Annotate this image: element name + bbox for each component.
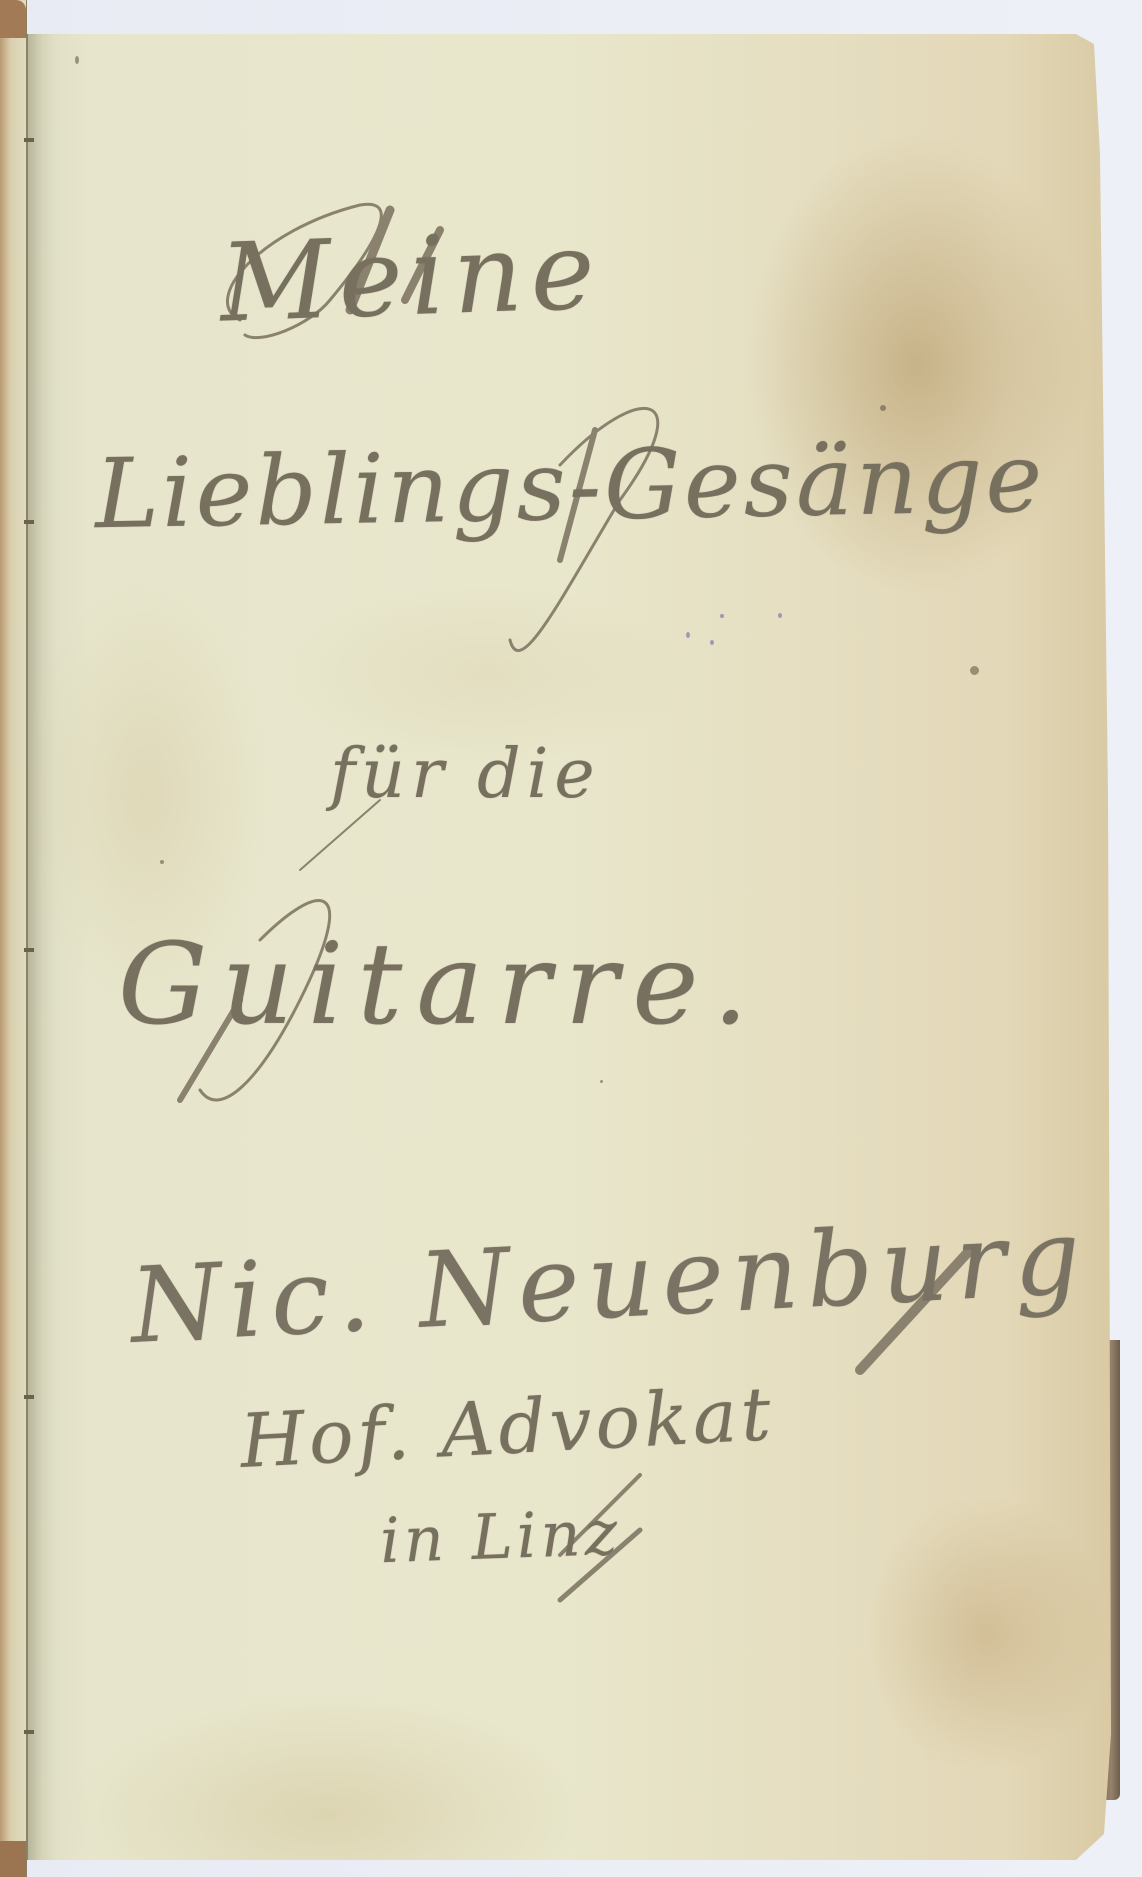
binding-stitch bbox=[24, 1395, 34, 1399]
cover-corner-bottom bbox=[0, 1841, 26, 1877]
inscription-line-guitarre: Guitarre. bbox=[118, 920, 762, 1050]
paper-speck bbox=[880, 405, 886, 411]
paper-speck bbox=[75, 56, 79, 64]
binding-stitch bbox=[24, 948, 34, 952]
binding-stitch bbox=[24, 138, 34, 142]
inscription-line-lieblings-gesaenge: Lieblings-Gesänge bbox=[94, 422, 1046, 551]
ink-speck bbox=[720, 614, 724, 618]
ink-speck bbox=[710, 640, 714, 645]
inscription-line-fuer-die: für die bbox=[330, 735, 601, 814]
owner-place: in Linz bbox=[379, 1496, 622, 1577]
ink-speck bbox=[778, 613, 782, 618]
cover-corner-top bbox=[0, 0, 26, 38]
paper-speck bbox=[160, 860, 164, 864]
inscription-line-meine: Meine bbox=[218, 208, 605, 346]
binding-stitch bbox=[24, 520, 34, 524]
spine-fold bbox=[26, 34, 56, 1860]
paper-speck bbox=[600, 1080, 603, 1083]
paper-speck bbox=[970, 666, 979, 675]
binding-stitch bbox=[24, 1730, 34, 1734]
book-cover-left-edge bbox=[0, 0, 27, 1877]
ink-speck bbox=[686, 632, 690, 638]
